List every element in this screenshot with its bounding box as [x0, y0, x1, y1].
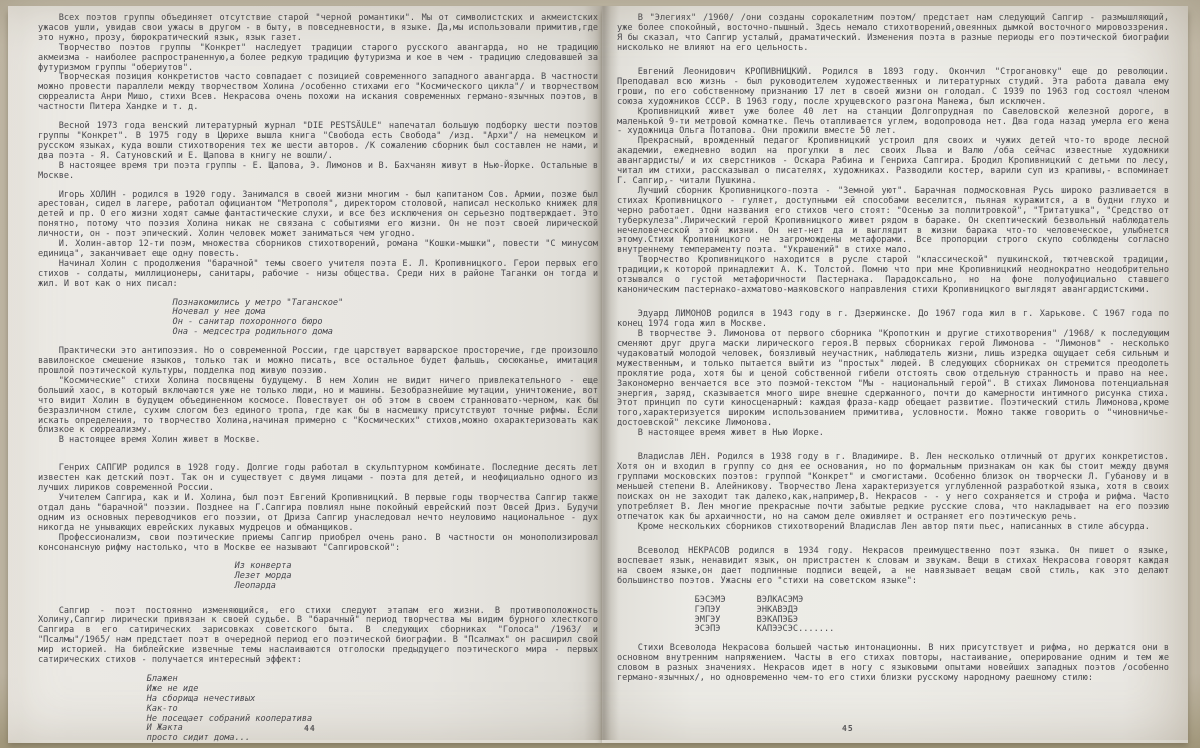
paragraph: Генрих САПГИР родился в 1928 году. Долги… [38, 464, 598, 494]
verse-line: ГЭПЭУ ЭНКАВЭДЭ [695, 606, 1169, 616]
paragraph: Игорь ХОЛИН - родился в 1920 году. Заним… [38, 191, 598, 241]
paragraph: Кроме нескольких сборников стихотворений… [617, 523, 1169, 533]
paragraph: Творчество Кропивницкого находится в рус… [617, 256, 1169, 296]
page-left: Всех поэтов группы объединяет отсутствие… [8, 6, 602, 740]
paragraph: Лучший сборник Кропивницкого-поэта - "Зе… [617, 187, 1169, 256]
verse-line: просто сидит дома... [147, 734, 598, 744]
verse-line: Она - медсестра родильного дома [173, 328, 598, 338]
verse-line: Блажен [147, 675, 598, 685]
paragraph: Весной 1973 года венский литературный жу… [38, 122, 598, 162]
paragraph: "Космические" стихи Холина посвящены буд… [38, 377, 598, 436]
paragraph: Всех поэтов группы объединяет отсутствие… [38, 14, 598, 44]
page-right-text: В "Элегиях" /1960/ /они созданы сорокале… [617, 14, 1169, 684]
verse-line: Лезет морда [235, 572, 598, 582]
verse-block: БЭСЭМЭ ВЭЛКАСЭМЭГЭПЭУ ЭНКАВЭДЭЭМГЭУ ВЭКА… [695, 596, 1169, 636]
paragraph: Творческая позиция конкретистов часто со… [38, 73, 598, 113]
verse-line: На сборища нечестивых [147, 695, 598, 705]
verse-line: Не посещает собраний кооператива [147, 715, 598, 725]
paragraph: Владислав ЛЕН. Родился в 1938 году в г. … [617, 453, 1169, 522]
paragraph: Стихи Всеволода Некрасова большей частью… [617, 644, 1169, 684]
paragraph: Прекрасный, врожденный педагог Кропивниц… [617, 137, 1169, 187]
paragraph: Всеволод НЕКРАСОВ родился в 1934 году. Н… [617, 547, 1169, 587]
paragraph: Евгений Леонидович КРОПИВНИЦКИЙ. Родился… [617, 68, 1169, 108]
paragraph: В творчестве Э. Лимонова от первого сбор… [617, 330, 1169, 429]
paragraph: В настоящее время живет в Нью Иорке. [617, 429, 1169, 439]
paragraph: Практически это антипоэзия. Но о совреме… [38, 347, 598, 377]
paragraph: Сапгир - поэт постоянно изменяющийся, ег… [38, 607, 598, 666]
paragraph: Начинал Холин с продолжения "барачной" т… [38, 260, 598, 290]
paragraph: В настоящее время Холин живет в Москве. [38, 436, 598, 446]
verse-block: Из конвертаЛезет мордаЛеопарда [235, 562, 598, 592]
verse-block: Познакомились у метро "Таганское"Ночевал… [173, 299, 598, 339]
verse-line: ЭСЭПЭ КАПЭЭСЭС....... [695, 625, 1169, 635]
book-spread: Всех поэтов группы объединяет отсутствие… [0, 0, 1200, 748]
paragraph: В настоящее время три поэта группы - Е. … [38, 162, 598, 182]
paragraph: Кропивницкий живет уже более 40 лет на с… [617, 108, 1169, 138]
page-number-left: 44 [304, 724, 316, 733]
page-left-text: Всех поэтов группы объединяет отсутствие… [38, 14, 598, 748]
paragraph: Профессионализм, свои поэтические приемы… [38, 534, 598, 554]
page-right: В "Элегиях" /1960/ /они созданы сорокале… [602, 6, 1188, 740]
paragraph: Учителем Сапгира, как и И. Холина, был п… [38, 494, 598, 534]
paragraph: В "Элегиях" /1960/ /они созданы сорокале… [617, 14, 1169, 54]
verse-block: БлаженИже не идеНа сборища нечестивыхКак… [147, 675, 598, 744]
verse-line: Леопарда [235, 582, 598, 592]
paragraph: Творчество поэтов группы "Конкрет" насле… [38, 44, 598, 74]
page-number-right: 45 [842, 724, 854, 733]
paragraph: Эдуард ЛИМОНОВ родился в 1943 году в г. … [617, 310, 1169, 330]
paragraph: И. Холин-автор 12-ти поэм, множества сбо… [38, 240, 598, 260]
